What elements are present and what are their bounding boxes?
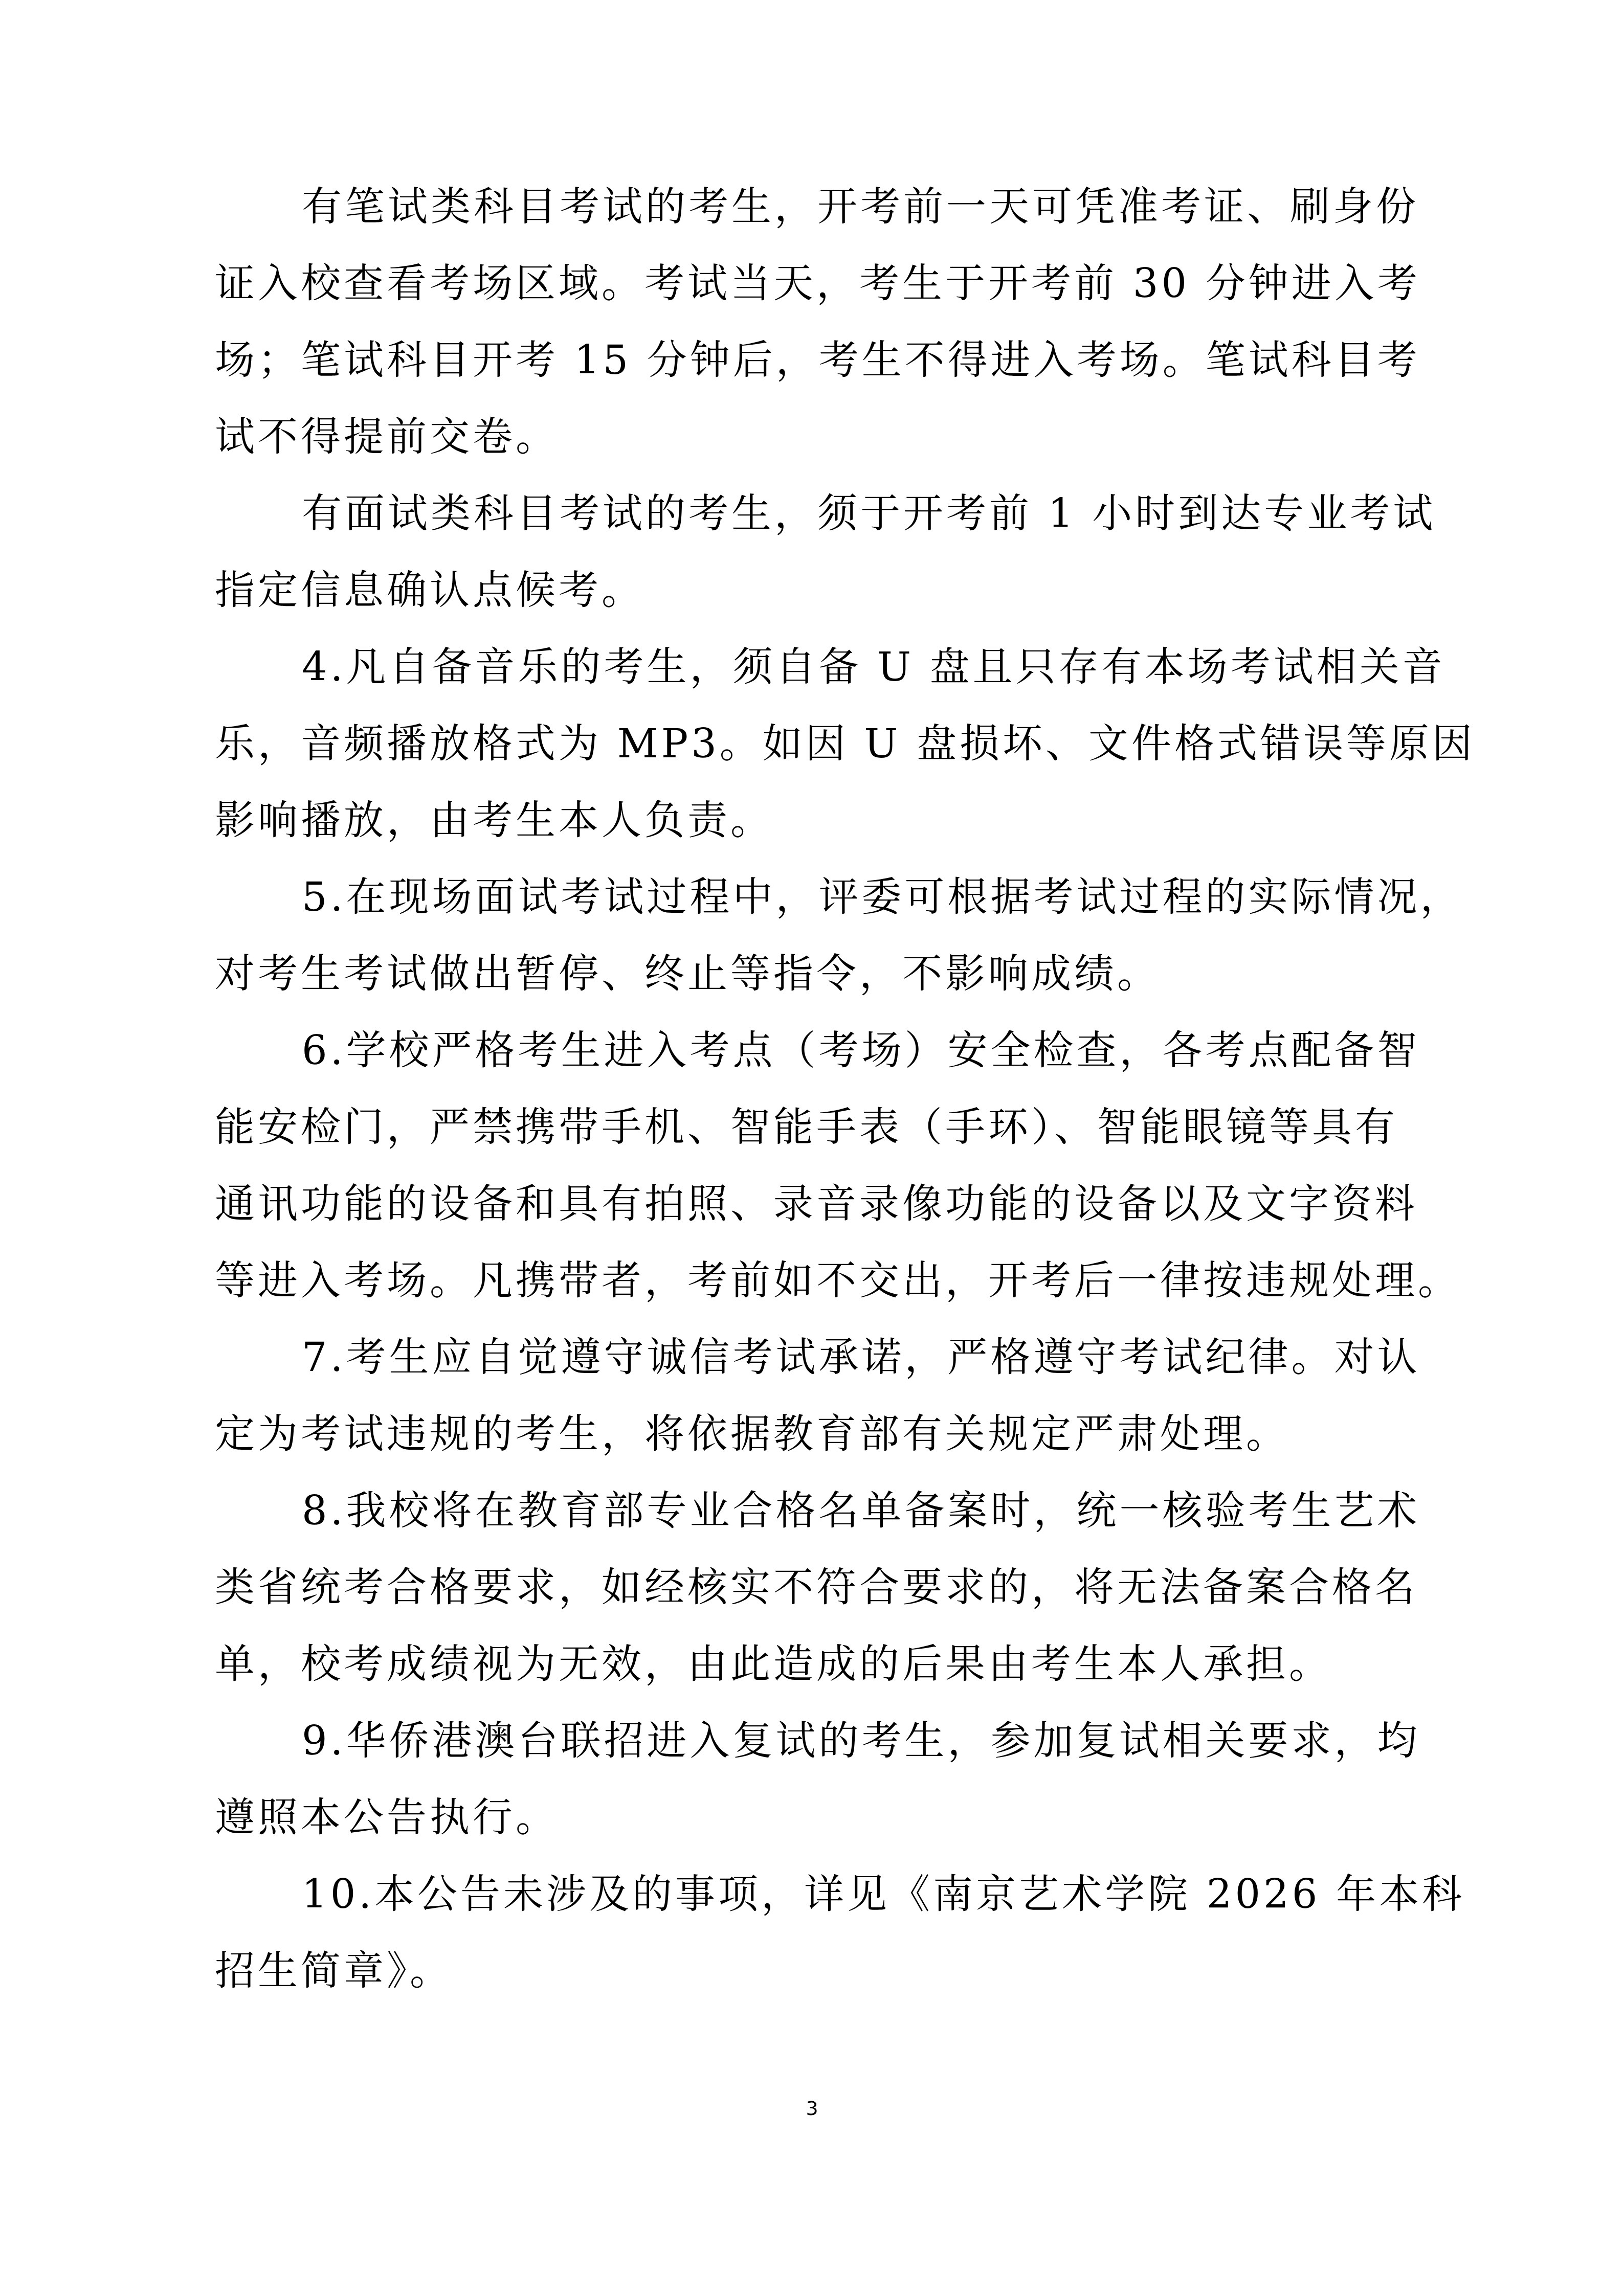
paragraph-line: 9.华侨港澳台联招进入复试的考生，参加复试相关要求，均 (215, 1703, 1442, 1780)
paragraph-line: 证入校查看考场区域。考试当天，考生于开考前 30 分钟进入考 (215, 245, 1442, 322)
paragraph-item-4: 4.凡自备音乐的考生，须自备 U 盘且只存有本场考试相关音 乐，音频播放格式为 … (215, 629, 1442, 859)
paragraph-item-8: 8.我校将在教育部专业合格名单备案时，统一核验考生艺术 类省统考合格要求，如经核… (215, 1473, 1442, 1703)
paragraph-item-5: 5.在现场面试考试过程中，评委可根据考试过程的实际情况， 对考生考试做出暂停、终… (215, 859, 1442, 1012)
paragraph-line: 有面试类科目考试的考生，须于开考前 1 小时到达专业考试 (215, 476, 1442, 552)
paragraph-line: 有笔试类科目考试的考生，开考前一天可凭准考证、刷身份 (215, 169, 1442, 245)
paragraph-item-7: 7.考生应自觉遵守诚信考试承诺，严格遵守考试纪律。对认 定为考试违规的考生，将依… (215, 1319, 1442, 1473)
paragraph-line: 遵照本公告执行。 (215, 1780, 1442, 1856)
paragraph-line: 乐，音频播放格式为 MP3。如因 U 盘损坏、文件格式错误等原因 (215, 706, 1442, 782)
paragraph-line: 场；笔试科目开考 15 分钟后，考生不得进入考场。笔试科目考 (215, 322, 1442, 399)
paragraph-line: 影响播放，由考生本人负责。 (215, 782, 1442, 859)
document-body: 有笔试类科目考试的考生，开考前一天可凭准考证、刷身份 证入校查看考场区域。考试当… (215, 169, 1442, 2010)
paragraph-line: 8.我校将在教育部专业合格名单备案时，统一核验考生艺术 (215, 1473, 1442, 1549)
paragraph-line: 单，校考成绩视为无效，由此造成的后果由考生本人承担。 (215, 1626, 1442, 1703)
paragraph-line: 10.本公告未涉及的事项，详见《南京艺术学院 2026 年本科 (215, 1856, 1442, 1933)
paragraph-interview-exam-arrival: 有面试类科目考试的考生，须于开考前 1 小时到达专业考试 指定信息确认点候考。 (215, 476, 1442, 629)
paragraph-line: 5.在现场面试考试过程中，评委可根据考试过程的实际情况， (215, 859, 1442, 936)
paragraph-line: 4.凡自备音乐的考生，须自备 U 盘且只存有本场考试相关音 (215, 629, 1442, 706)
paragraph-line: 6.学校严格考生进入考点（考场）安全检查，各考点配备智 (215, 1012, 1442, 1089)
paragraph-line: 定为考试违规的考生，将依据教育部有关规定严肃处理。 (215, 1396, 1442, 1473)
paragraph-item-6: 6.学校严格考生进入考点（考场）安全检查，各考点配备智 能安检门，严禁携带手机、… (215, 1012, 1442, 1319)
paragraph-line: 等进入考场。凡携带者，考前如不交出，开考后一律按违规处理。 (215, 1243, 1442, 1319)
paragraph-line: 指定信息确认点候考。 (215, 552, 1442, 629)
document-page: 有笔试类科目考试的考生，开考前一天可凭准考证、刷身份 证入校查看考场区域。考试当… (0, 0, 1624, 2296)
paragraph-line: 通讯功能的设备和具有拍照、录音录像功能的设备以及文字资料 (215, 1166, 1442, 1243)
paragraph-line: 招生简章》。 (215, 1933, 1442, 2010)
paragraph-written-exam-arrival: 有笔试类科目考试的考生，开考前一天可凭准考证、刷身份 证入校查看考场区域。考试当… (215, 169, 1442, 476)
paragraph-item-10: 10.本公告未涉及的事项，详见《南京艺术学院 2026 年本科 招生简章》。 (215, 1856, 1442, 2010)
paragraph-line: 对考生考试做出暂停、终止等指令，不影响成绩。 (215, 936, 1442, 1012)
paragraph-line: 类省统考合格要求，如经核实不符合要求的，将无法备案合格名 (215, 1549, 1442, 1626)
paragraph-item-9: 9.华侨港澳台联招进入复试的考生，参加复试相关要求，均 遵照本公告执行。 (215, 1703, 1442, 1856)
paragraph-line: 能安检门，严禁携带手机、智能手表（手环）、智能眼镜等具有 (215, 1089, 1442, 1166)
paragraph-line: 7.考生应自觉遵守诚信考试承诺，严格遵守考试纪律。对认 (215, 1319, 1442, 1396)
paragraph-line: 试不得提前交卷。 (215, 399, 1442, 476)
page-number: 3 (0, 2096, 1624, 2121)
